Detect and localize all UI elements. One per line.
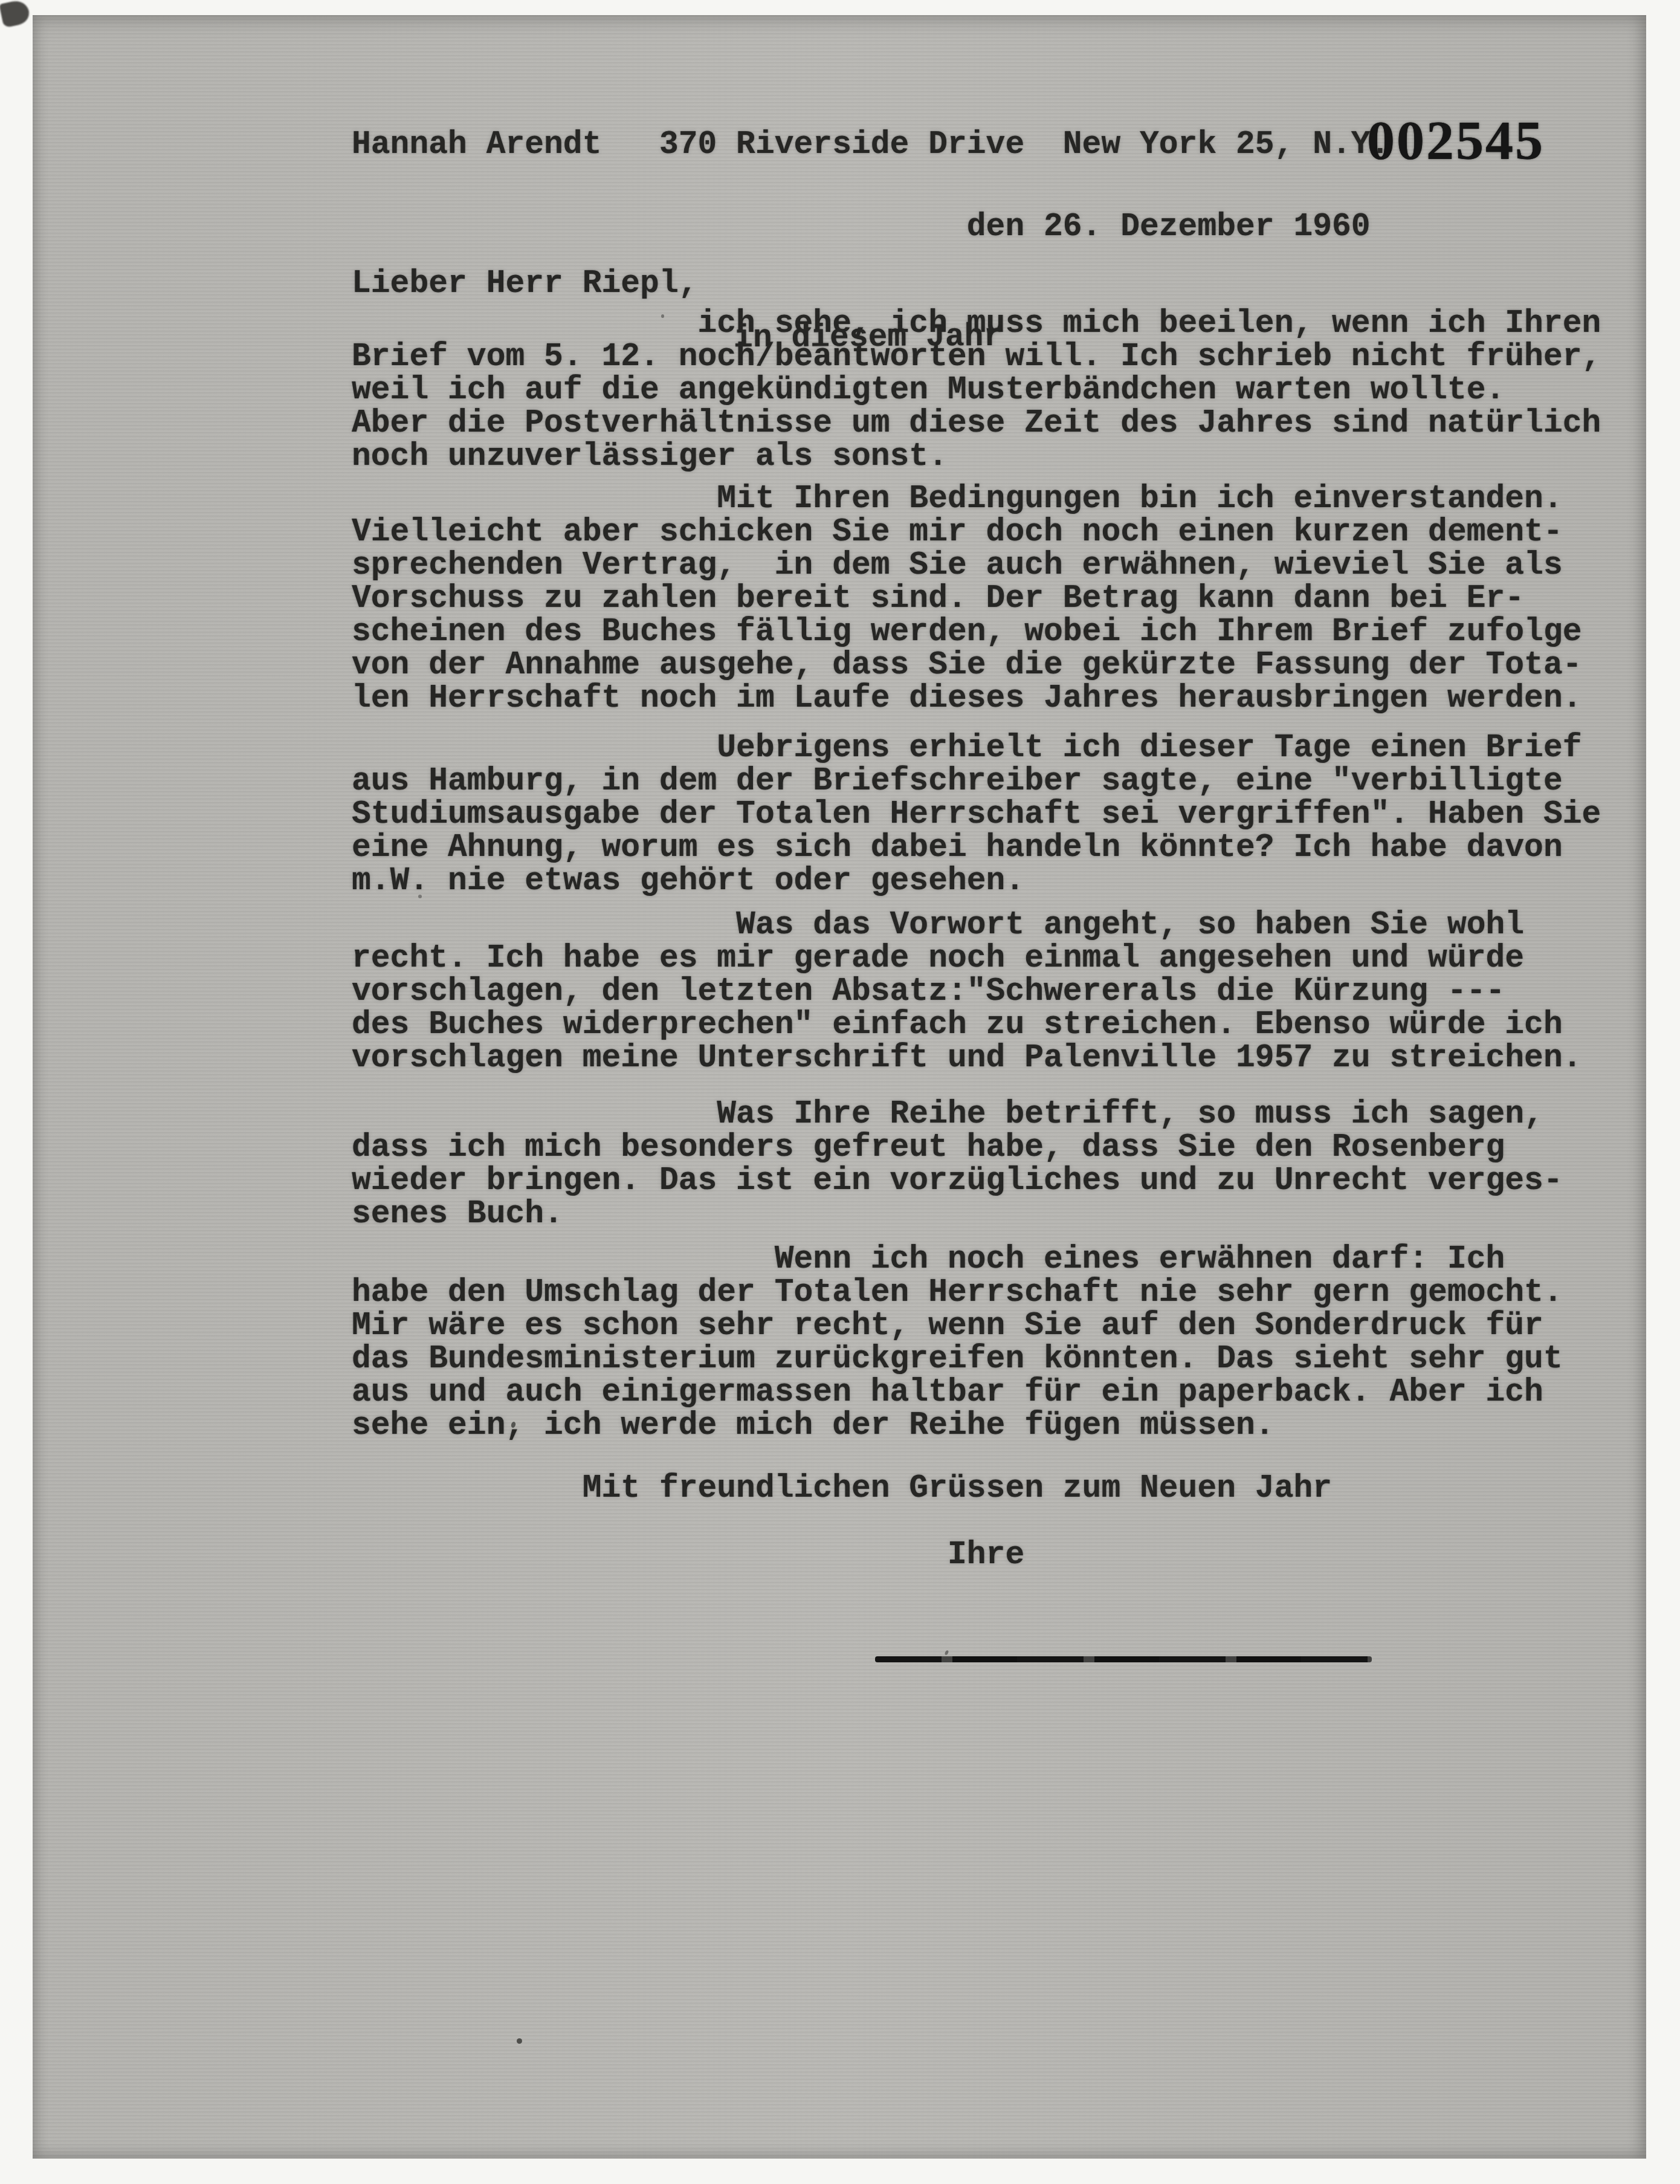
text-line: Studiumsausgabe der Totalen Herrschaft s…	[352, 798, 1601, 831]
text-line: vorschlagen meine Unterschrift und Palen…	[352, 1042, 1601, 1075]
text-line: scheinen des Buches fällig werden, wobei…	[352, 615, 1601, 649]
text-line: weil ich auf die angekündigten Musterbän…	[352, 374, 1601, 407]
text-line: des Buches widerprechen" einfach zu stre…	[352, 1008, 1601, 1042]
text-line: das Bundesministerium zurückgreifen könn…	[352, 1343, 1601, 1376]
text-line: habe den Umschlag der Totalen Herrschaft…	[352, 1276, 1601, 1309]
dust-speck	[418, 895, 422, 898]
dust-speck	[661, 314, 664, 318]
text-line: Wenn ich noch eines erwähnen darf: Ich	[352, 1243, 1601, 1276]
text-line: vorschlagen, den letzten Absatz:"Schwere…	[352, 975, 1601, 1008]
text-line: sprechenden Vertrag, in dem Sie auch erw…	[352, 549, 1601, 582]
letter-page: 002545 Hannah Arendt 370 Riverside Drive…	[33, 15, 1646, 2159]
text-line: m.W. nie etwas gehört oder gesehen.	[352, 864, 1601, 898]
signoff-line: Ihre	[352, 1538, 1024, 1572]
text-line: Was Ihre Reihe betrifft, so muss ich sag…	[352, 1098, 1601, 1131]
text-line: Aber die Postverhältnisse um diese Zeit …	[352, 407, 1601, 440]
interline-insertion: in diesem Jahr	[734, 320, 1003, 355]
text-line: Mit Ihren Bedingungen bin ich einverstan…	[352, 482, 1601, 516]
salutation-line: Lieber Herr Riepl,	[352, 267, 698, 300]
text-line: von der Annahme ausgehe, dass Sie die ge…	[352, 649, 1601, 682]
text-line: noch unzuverlässiger als sonst.	[352, 440, 1601, 473]
text-line: Uebrigens erhielt ich dieser Tage einen …	[352, 731, 1601, 765]
text-line: senes Buch.	[352, 1197, 1601, 1231]
text-line: dass ich mich besonders gefreut habe, da…	[352, 1131, 1601, 1164]
scan-background: { "document_type": "typewritten-letter-s…	[0, 0, 1680, 2184]
letterhead-line: Hannah Arendt 370 Riverside Drive New Yo…	[352, 128, 1389, 161]
text-line: Was das Vorwort angeht, so haben Sie woh…	[352, 909, 1601, 942]
paragraph-4: Was das Vorwort angeht, so haben Sie woh…	[352, 909, 1601, 1075]
paragraph-6: Wenn ich noch eines erwähnen darf: Ichha…	[352, 1243, 1601, 1442]
date-line: den 26. Dezember 1960	[352, 210, 1371, 244]
text-line: len Herrschaft noch im Laufe dieses Jahr…	[352, 682, 1601, 715]
text-line: sehe ein, ich werde mich der Reihe fügen…	[352, 1409, 1601, 1442]
text-line: Vielleicht aber schicken Sie mir doch no…	[352, 516, 1601, 549]
text-line: recht. Ich habe es mir gerade noch einma…	[352, 942, 1601, 975]
dust-speck	[517, 2038, 522, 2044]
paragraph-5: Was Ihre Reihe betrifft, so muss ich sag…	[352, 1098, 1601, 1231]
text-line: eine Ahnung, worum es sich dabei handeln…	[352, 831, 1601, 864]
text-line: Vorschuss zu zahlen bereit sind. Der Bet…	[352, 582, 1601, 615]
text-line: aus Hamburg, in dem der Briefschreiber s…	[352, 765, 1601, 798]
text-line: wieder bringen. Das ist ein vorzügliches…	[352, 1164, 1601, 1197]
paragraph-3: Uebrigens erhielt ich dieser Tage einen …	[352, 731, 1601, 898]
text-line: aus und auch einigermassen haltbar für e…	[352, 1376, 1601, 1409]
paragraph-2: Mit Ihren Bedingungen bin ich einverstan…	[352, 482, 1601, 715]
typewriter-text-layer: Hannah Arendt 370 Riverside Drive New Yo…	[33, 15, 1646, 2159]
scan-corner-blemish	[0, 0, 31, 28]
text-line: Mir wäre es schon sehr recht, wenn Sie a…	[352, 1309, 1601, 1343]
closing-line: Mit freundlichen Grüssen zum Neuen Jahr	[352, 1472, 1332, 1505]
typed-signature-rule	[875, 1656, 1372, 1662]
letter-body: ich sehe, ich muss mich beeilen, wenn ic…	[352, 307, 1601, 1442]
